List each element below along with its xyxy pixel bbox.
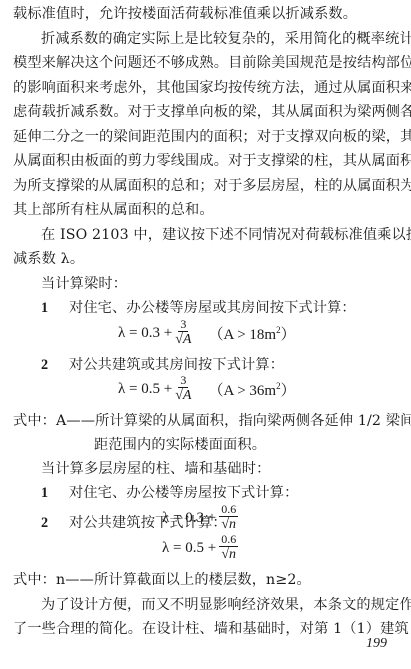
list-item-beam-2: 2对公共建筑或其房间按下式计算： xyxy=(41,357,411,374)
list-text: 对公共建筑按下式计算： xyxy=(69,515,227,531)
formula-lhs: λ = 0.3 + xyxy=(118,325,172,342)
paragraph-line: 了一些合理的简化。在设计柱、墙和基础时，对第 1（1）建筑 xyxy=(13,621,401,638)
list-text: 对公共建筑或其房间按下式计算： xyxy=(69,357,284,373)
fraction: 3√A xyxy=(175,318,191,348)
condition-text: （A > 36m xyxy=(208,383,276,399)
paragraph-line: 折减系数的确定实际上是比较复杂的，采用简化的概率统计 xyxy=(41,31,411,48)
paragraph-line: 为了设计方便，而又不明显影响经济效果，本条文的规定作 xyxy=(41,597,411,614)
list-text: 对住宅、办公楼等房屋或其房间按下式计算： xyxy=(69,300,356,316)
page-number: 199 xyxy=(366,636,387,652)
condition-text: （A > 18m xyxy=(208,327,276,343)
formula-beam-residential: λ = 0.3 + 3√A （A > 18m2） xyxy=(118,318,296,348)
paragraph-line: 在 ISO 2103 中，建议按下述不同情况对荷载标准值乘以折 xyxy=(41,227,411,244)
list-number: 2 xyxy=(41,515,69,532)
paragraph-line: 其上部所有柱从属面积的总和。 xyxy=(13,202,401,219)
section-heading-columns: 当计算多层房屋的柱、墙和基础时： xyxy=(41,461,411,478)
formula-condition: （A > 36m2） xyxy=(208,379,295,400)
formula-lhs: λ = 0.5 + xyxy=(162,540,216,557)
list-item-beam-1: 1对住宅、办公楼等房屋或其房间按下式计算： xyxy=(41,300,411,317)
paragraph-line: 载标准值时，允许按楼面活荷载标准值乘以折减系数。 xyxy=(13,6,401,23)
formula-note-columns: 式中：n——所计算截面以上的楼层数，n≥2。 xyxy=(13,572,401,589)
section-heading-beams: 当计算梁时： xyxy=(41,276,411,293)
paragraph-line: 的影响面积来考虑外，其他国家均按传统方法，通过从属面积来 xyxy=(13,80,401,97)
formula-condition: （A > 18m2） xyxy=(208,323,295,344)
numerator: 3 xyxy=(178,374,188,388)
numerator: 0.6 xyxy=(219,533,238,547)
formula-lhs: λ = 0.5 + xyxy=(118,381,172,398)
denominator: √n xyxy=(221,547,236,563)
list-item-column-1: 1对住宅、办公楼等房屋按下式计算： xyxy=(41,485,411,502)
paragraph-line: 模型来解决这个问题还不够成熟。目前除美国规范是按结构部位 xyxy=(13,55,401,72)
formula-note-beams: 式中：A——所计算梁的从属面积，指向梁两侧各延伸 1/2 梁间 xyxy=(13,413,401,430)
numerator: 3 xyxy=(178,318,188,332)
paragraph-line: 减系数 λ。 xyxy=(13,251,401,268)
fraction: 0.6√n xyxy=(219,533,238,563)
list-number: 1 xyxy=(41,485,69,502)
denominator: √A xyxy=(175,332,191,348)
formula-note-beams-continued: 距范围内的实际楼面面积。 xyxy=(94,437,411,454)
fraction: 3√A xyxy=(175,374,191,404)
list-text: 对住宅、办公楼等房屋按下式计算： xyxy=(69,485,298,501)
denominator: √A xyxy=(175,388,191,404)
list-item-column-2: 2对公共建筑按下式计算： xyxy=(41,515,411,532)
condition-close: ） xyxy=(281,383,296,399)
formula-column-public: λ = 0.5 + 0.6√n xyxy=(162,533,241,563)
condition-close: ） xyxy=(281,327,296,343)
formula-beam-public: λ = 0.5 + 3√A （A > 36m2） xyxy=(118,374,296,404)
list-number: 2 xyxy=(41,357,69,374)
paragraph-line: 虑荷载折减系数。对于支撑单向板的梁，其从属面积为梁两侧各 xyxy=(13,104,401,121)
paragraph-line: 为所支撑梁的从属面积的总和；对于多层房屋，柱的从属面积为 xyxy=(13,178,401,195)
paragraph-line: 延伸二分之一的梁间距范围内的面积；对于支撑双向板的梁，其 xyxy=(13,129,401,146)
list-number: 1 xyxy=(41,300,69,317)
paragraph-line: 从属面积由板面的剪力零线围成。对于支撑梁的柱，其从属面积 xyxy=(13,153,401,170)
